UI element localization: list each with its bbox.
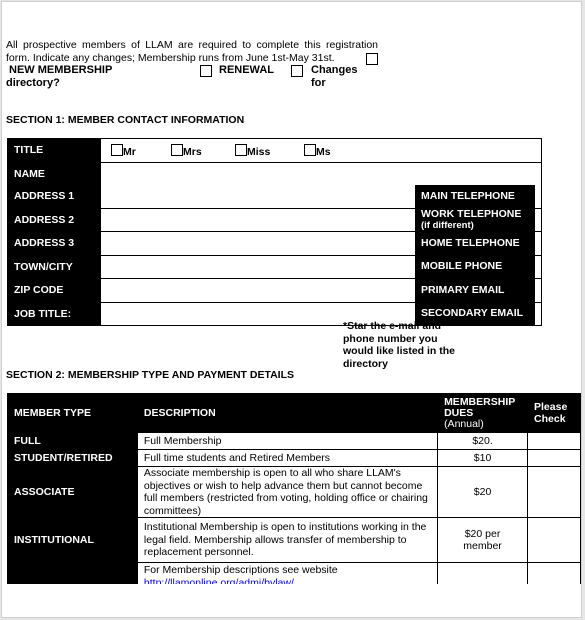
description-cell: Full Membership: [137, 433, 437, 450]
member-type-cell: ASSOCIATE: [8, 467, 138, 518]
contact-left-label: ZIP CODE: [8, 279, 101, 302]
dues-cell: $20.: [438, 433, 528, 450]
contact-right-label: PRIMARY EMAIL: [415, 279, 535, 302]
changes-label: Changes for: [311, 64, 378, 89]
dues-cell: $10: [438, 450, 528, 467]
mr-label: Mr: [123, 146, 136, 158]
mrs-label: Mrs: [183, 146, 202, 158]
mr-checkbox[interactable]: [111, 144, 123, 156]
website-cell: For Membership descriptions see website …: [137, 563, 437, 585]
description-header: DESCRIPTION: [137, 394, 437, 433]
membership-table-header: MEMBER TYPE DESCRIPTION MEMBERSHIPDUES(A…: [8, 394, 581, 433]
contact-right-label: HOME TELEPHONE: [415, 232, 535, 255]
empty-check-cell: [528, 563, 581, 585]
membership-row: INSTITUTIONAL Institutional Membership i…: [8, 518, 581, 563]
member-type-header: MEMBER TYPE: [8, 394, 138, 433]
check-cell[interactable]: [528, 433, 581, 450]
intro-line-2-wrap: form. Indicate any changes; Membership r…: [6, 52, 378, 65]
dues-header: MEMBERSHIPDUES(Annual): [438, 394, 528, 433]
name-row[interactable]: NAME: [8, 162, 541, 186]
website-text: For Membership descriptions see website: [144, 564, 431, 577]
check-cell[interactable]: [528, 467, 581, 518]
ms-label: Ms: [316, 146, 331, 158]
description-cell: Associate membership is open to all who …: [137, 467, 437, 518]
membership-row: ASSOCIATE Associate membership is open t…: [8, 467, 581, 518]
contact-left-label: ADDRESS 1: [8, 185, 101, 208]
description-cell: Full time students and Retired Members: [137, 450, 437, 467]
intro-line-2: form. Indicate any changes; Membership r…: [6, 52, 335, 64]
dues-cell: $20 per member: [438, 518, 528, 563]
new-membership-checkbox[interactable]: [366, 53, 378, 65]
contact-row[interactable]: ADDRESS 2 WORK TELEPHONE(if different): [8, 208, 541, 232]
changes-label-tail: directory?: [6, 77, 60, 89]
miss-checkbox[interactable]: [235, 144, 247, 156]
contact-left-label: TOWN/CITY: [8, 256, 101, 279]
contact-right-label: WORK TELEPHONE(if different): [415, 209, 535, 232]
contact-right-label: MAIN TELEPHONE: [415, 185, 535, 208]
description-cell: Institutional Membership is open to inst…: [137, 518, 437, 563]
empty-type-cell: [8, 563, 138, 585]
contact-left-label: JOB TITLE:: [8, 303, 101, 326]
check-header: PleaseCheck: [528, 394, 581, 433]
website-row: For Membership descriptions see website …: [8, 563, 581, 585]
new-membership-label: NEW MEMBERSHIP: [9, 64, 112, 77]
empty-dues-cell: [438, 563, 528, 585]
ms-checkbox[interactable]: [304, 144, 316, 156]
document-page: All prospective members of LLAM are requ…: [1, 1, 582, 618]
contact-row[interactable]: ADDRESS 1 MAIN TELEPHONE: [8, 185, 541, 208]
member-type-cell: FULL: [8, 433, 138, 450]
membership-row: STUDENT/RETIRED Full time students and R…: [8, 450, 581, 467]
contact-left-label: ADDRESS 2: [8, 209, 101, 232]
contact-row[interactable]: ZIP CODE PRIMARY EMAIL: [8, 278, 541, 302]
changes-checkbox[interactable]: [291, 65, 303, 77]
mrs-checkbox[interactable]: [171, 144, 183, 156]
directory-note: *Star the e-mail and phone number you wo…: [343, 320, 468, 370]
renewal-checkbox[interactable]: [200, 65, 212, 77]
member-type-cell: STUDENT/RETIRED: [8, 450, 138, 467]
contact-row[interactable]: TOWN/CITY MOBILE PHONE: [8, 255, 541, 279]
section2-heading: SECTION 2: MEMBERSHIP TYPE AND PAYMENT D…: [6, 369, 294, 381]
membership-options: NEW MEMBERSHIP RENEWAL Changes for: [6, 64, 378, 77]
contact-left-label: ADDRESS 3: [8, 232, 101, 255]
check-cell[interactable]: [528, 518, 581, 563]
page-viewport: All prospective members of LLAM are requ…: [2, 2, 581, 584]
title-label: TITLE: [8, 139, 101, 162]
member-type-cell: INSTITUTIONAL: [8, 518, 138, 563]
contact-right-label: MOBILE PHONE: [415, 256, 535, 279]
name-label: NAME: [8, 163, 101, 186]
bylaw-link[interactable]: http://llamonline.org/admi/bylaw/: [144, 577, 294, 584]
membership-row: FULL Full Membership $20.: [8, 433, 581, 450]
membership-table: MEMBER TYPE DESCRIPTION MEMBERSHIPDUES(A…: [7, 393, 581, 584]
renewal-label: RENEWAL: [219, 64, 274, 77]
contact-row[interactable]: ADDRESS 3 HOME TELEPHONE: [8, 231, 541, 255]
intro-line-1: All prospective members of LLAM are requ…: [6, 39, 378, 52]
miss-label: Miss: [247, 146, 270, 158]
contact-table: TITLE Mr Mrs Miss Ms NAME ADDRESS 1 MAIN…: [7, 138, 542, 326]
section1-heading: SECTION 1: MEMBER CONTACT INFORMATION: [6, 114, 244, 126]
check-cell[interactable]: [528, 450, 581, 467]
dues-cell: $20: [438, 467, 528, 518]
intro-paragraph: All prospective members of LLAM are requ…: [6, 39, 378, 90]
title-row: TITLE Mr Mrs Miss Ms: [8, 139, 541, 162]
